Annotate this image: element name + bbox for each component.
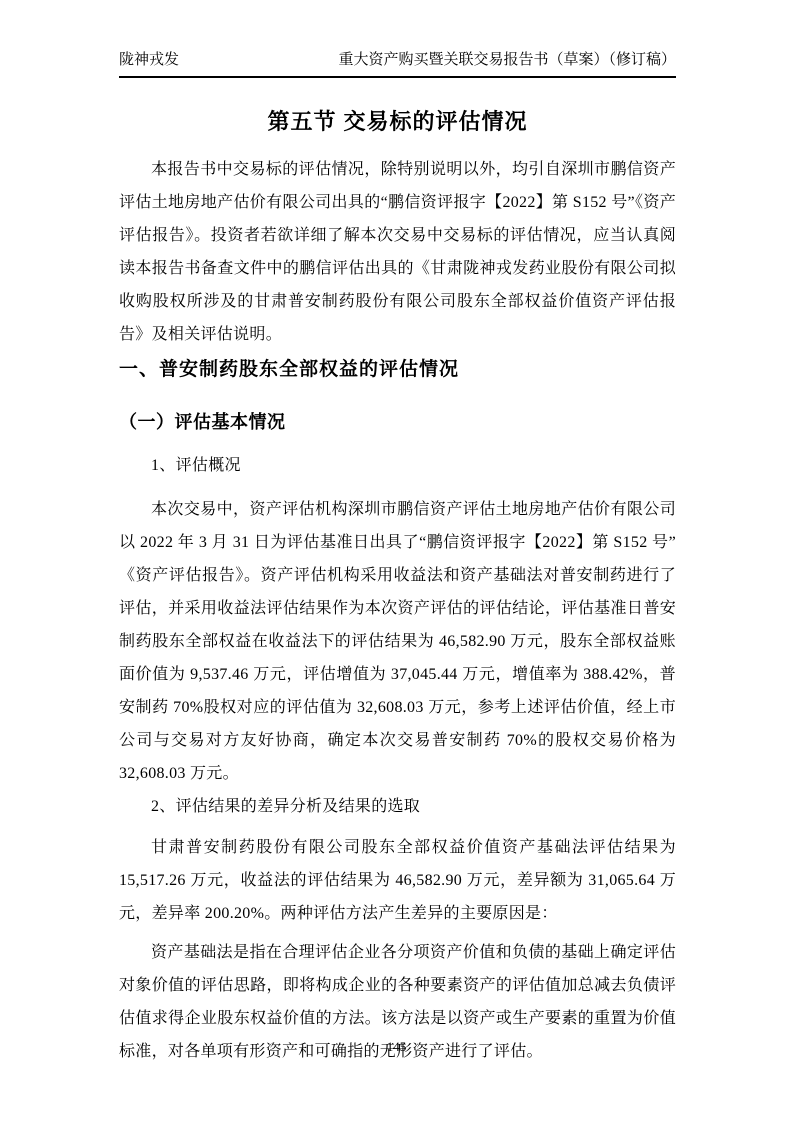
item-2-heading: 2、评估结果的差异分析及结果的选取 [119,790,676,823]
page-number: 145 [0,1038,793,1056]
valuation-overview-paragraph: 本次交易中，资产评估机构深圳市鹏信资产评估土地房地产估价有限公司以 2022 年… [119,493,676,790]
intro-paragraph: 本报告书中交易标的评估情况，除特别说明以外，均引自深圳市鹏信资产评估土地房地产估… [119,153,676,351]
section-1-heading: 一、普安制药股东全部权益的评估情况 [119,353,676,386]
subsection-1-heading: （一）评估基本情况 [119,407,676,437]
document-page: 陇神戎发 重大资产购买暨关联交易报告书（草案）（修订稿） 第五节 交易标的评估情… [0,0,793,1122]
header-doc-short-title: 陇神戎发 [119,50,179,70]
page-header: 陇神戎发 重大资产购买暨关联交易报告书（草案）（修订稿） [119,50,676,78]
header-doc-full-title: 重大资产购买暨关联交易报告书（草案）（修订稿） [338,50,676,70]
chapter-title: 第五节 交易标的评估情况 [119,106,676,138]
item-1-heading: 1、评估概况 [119,449,676,482]
difference-analysis-paragraph: 甘肃普安制药股份有限公司股东全部权益价值资产基础法评估结果为 15,517.26… [119,831,676,930]
